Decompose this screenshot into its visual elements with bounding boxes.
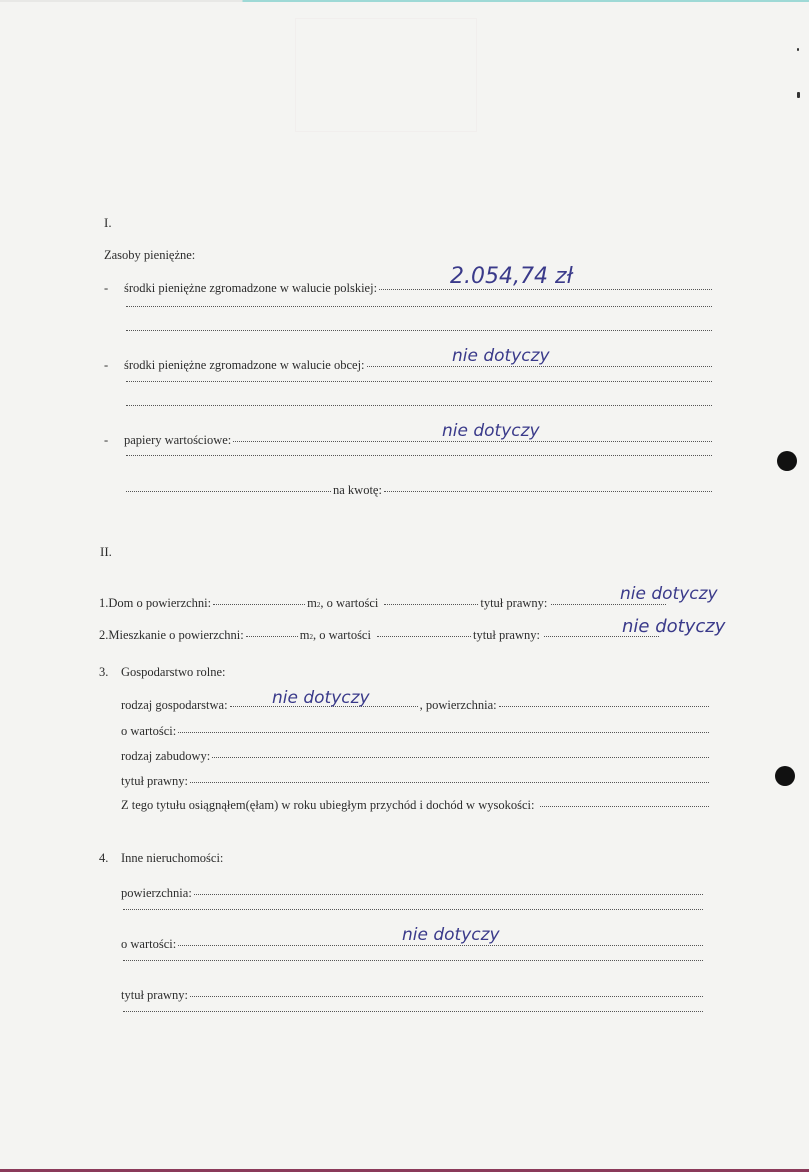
- field-other-area: powierzchnia:: [121, 886, 705, 901]
- handwritten-other-value: nie dotyczy: [402, 925, 500, 945]
- handwritten-polish-currency-value: 2.054,74 zł: [450, 264, 573, 289]
- handwritten-foreign-currency-value: nie dotyczy: [452, 346, 550, 366]
- field-amount: na kwotę:: [124, 483, 714, 498]
- scan-mark: [797, 92, 800, 98]
- dotted-line: [121, 962, 705, 963]
- page-top-edge: [0, 0, 809, 2]
- dotted-line: [124, 308, 714, 309]
- punch-hole: [775, 766, 795, 786]
- faded-stamp: [295, 18, 477, 132]
- dotted-line: [124, 383, 714, 384]
- field-house: 1. Dom o powierzchni: m2 , o wartości ty…: [99, 596, 609, 611]
- farm-title: 3. Gospodarstwo rolne:: [99, 665, 226, 680]
- dotted-line: [121, 911, 705, 912]
- handwritten-flat-value: nie dotyczy: [622, 616, 725, 637]
- field-farm-buildings: rodzaj zabudowy:: [121, 749, 711, 764]
- field-other-legal-title: tytuł prawny:: [121, 988, 705, 1003]
- section-1-title: Zasoby pieniężne:: [104, 248, 195, 263]
- field-farm-type: rodzaj gospodarstwa: , powierzchnia:: [121, 698, 711, 713]
- handwritten-securities-value: nie dotyczy: [442, 421, 540, 441]
- dotted-line: [124, 407, 714, 408]
- section-2-heading: II.: [100, 544, 112, 560]
- handwritten-house-value: nie dotyczy: [620, 584, 718, 604]
- dotted-line: [124, 457, 714, 458]
- field-farm-income: Z tego tytułu osiągnąłem(ęłam) w roku ub…: [121, 798, 711, 813]
- other-property-title: 4. Inne nieruchomości:: [99, 851, 223, 866]
- field-farm-legal-title: tytuł prawny:: [121, 774, 711, 789]
- dotted-line: [121, 1013, 705, 1014]
- field-securities: - papiery wartościowe:: [104, 433, 714, 448]
- dotted-line: [124, 332, 714, 333]
- section-1-heading: I.: [104, 215, 112, 231]
- scan-mark: [797, 48, 799, 51]
- field-polish-currency: - środki pieniężne zgromadzone w walucie…: [104, 281, 714, 296]
- punch-hole: [777, 451, 797, 471]
- handwritten-farm-type-value: nie dotyczy: [272, 688, 370, 708]
- field-foreign-currency: - środki pieniężne zgromadzone w walucie…: [104, 358, 714, 373]
- field-farm-value: o wartości:: [121, 724, 711, 739]
- field-flat: 2. Mieszkanie o powierzchni: m2 , o wart…: [99, 628, 609, 643]
